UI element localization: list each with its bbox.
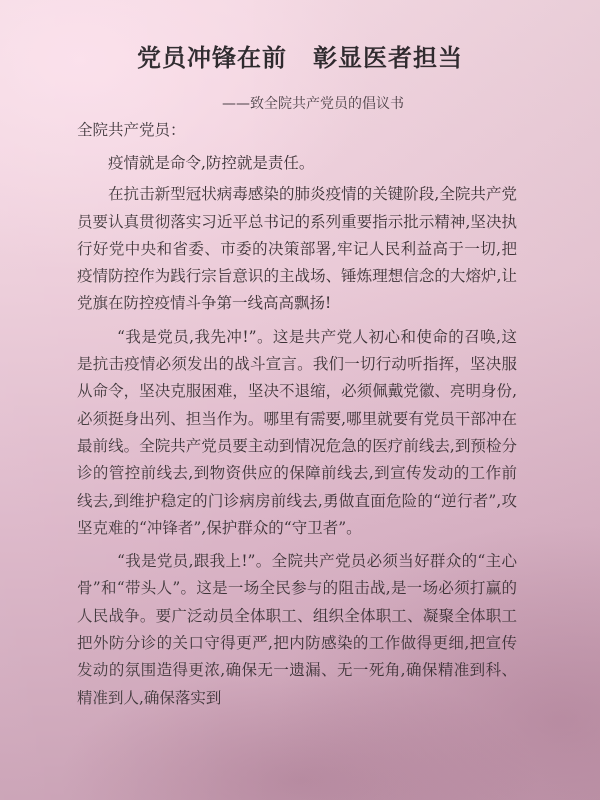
document-subtitle: ——致全院共产党员的倡议书 <box>0 93 600 113</box>
paragraph-3: “我是党员,我先冲!”。这是共产党人初心和使命的召唤,这是抗击疫情必须发出的战斗… <box>77 324 517 542</box>
paragraph-1: 疫情就是命令,防控就是责任。 <box>77 150 517 177</box>
title-part-2: 彰显医者担当 <box>313 43 463 72</box>
title-part-1: 党员冲锋在前 <box>137 43 287 72</box>
document-page: 党员冲锋在前彰显医者担当 ——致全院共产党员的倡议书 全院共产党员： 疫情就是命… <box>0 0 600 800</box>
salutation: 全院共产党员： <box>77 118 186 140</box>
paragraph-4: “我是党员,跟我上!”。全院共产党员必须当好群众的“主心骨”和“带头人”。这是一… <box>77 548 517 712</box>
paragraph-2: 在抗击新型冠状病毒感染的肺炎疫情的关键阶段,全院共产党员要认真贯彻落实习近平总书… <box>77 181 517 317</box>
document-title: 党员冲锋在前彰显医者担当 <box>0 38 600 73</box>
document-body: 疫情就是命令,防控就是责任。 在抗击新型冠状病毒感染的肺炎疫情的关键阶段,全院共… <box>77 150 517 718</box>
